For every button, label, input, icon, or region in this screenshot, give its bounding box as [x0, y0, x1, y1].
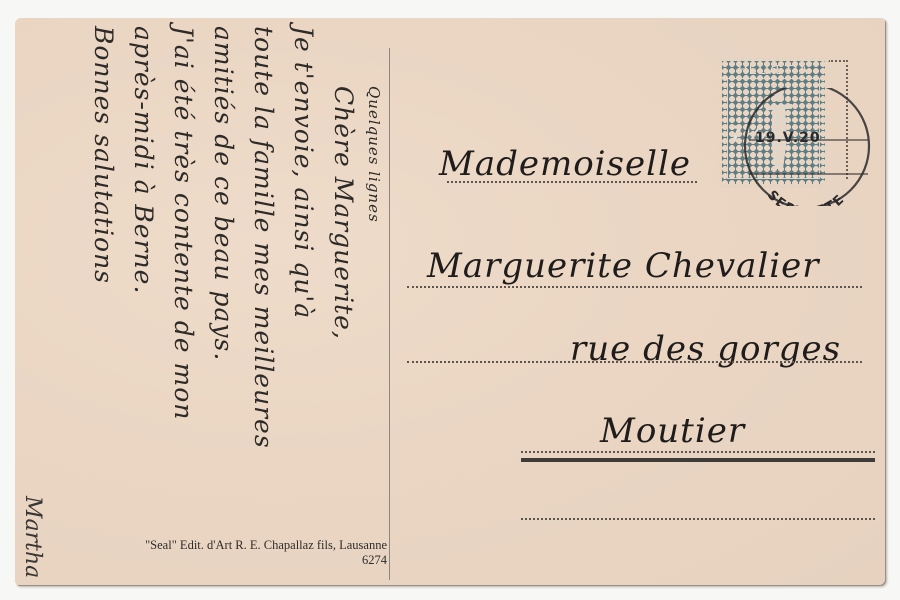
signature-text: Martha	[20, 496, 45, 524]
message-line: J'ai été très contente de mon	[163, 26, 203, 581]
message-line: amitiés de ce beau pays.	[203, 26, 243, 581]
message-line: Bonnes salutations	[83, 26, 123, 581]
svg-text:SERVETTE: SERVETTE	[764, 188, 849, 206]
message-header: Quelques lignes	[363, 26, 385, 581]
address-salutation: Mademoiselle	[439, 144, 691, 184]
postmark-date: 19.V.20	[755, 130, 821, 146]
address-dotted-line	[447, 181, 697, 183]
message-line: toute la famille mes meilleures	[243, 26, 283, 581]
handwritten-message: Quelques lignes Chère Marguerite, Je t'e…	[35, 26, 385, 581]
card-number: 6274	[47, 553, 387, 568]
publisher-name: "Seal" Edit. d'Art R. E. Chapallaz fils,…	[47, 538, 387, 553]
message-line: Je t'envoie, ainsi qu'à	[283, 26, 323, 581]
postcard-back: Quelques lignes Chère Marguerite, Je t'e…	[15, 18, 885, 585]
postmark-place: SERVETTE	[764, 188, 849, 206]
message-line: Chère Marguerite,	[323, 26, 363, 581]
address-underline-rule	[521, 458, 875, 462]
address-dotted-line	[407, 361, 862, 363]
stamp-country: HELVETIA	[722, 62, 825, 77]
address-dotted-line	[521, 451, 875, 453]
address-street: rue des gorges	[570, 329, 841, 369]
address-name: Marguerite Chevalier	[427, 246, 819, 286]
address-dotted-line	[521, 518, 875, 520]
publisher-imprint: "Seal" Edit. d'Art R. E. Chapallaz fils,…	[47, 538, 387, 568]
message-line: après-midi à Berne.	[123, 26, 163, 581]
address-city: Moutier	[600, 411, 745, 451]
postmark-cancel: SERVETTE	[723, 88, 875, 206]
signature: Martha	[21, 496, 49, 576]
address-dotted-line	[407, 286, 862, 288]
center-divider-line	[389, 48, 390, 580]
